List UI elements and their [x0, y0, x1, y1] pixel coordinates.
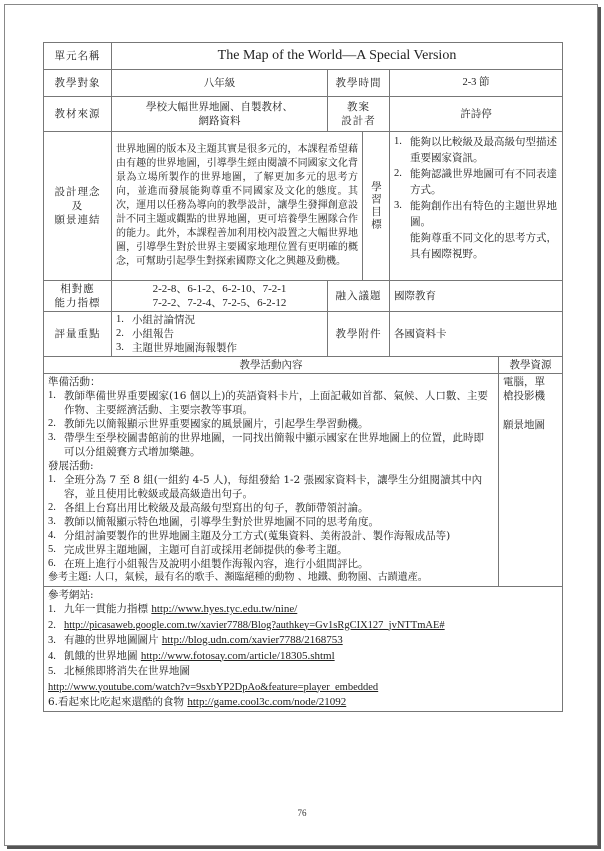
dev-text: 各組上台寫出用比較級及最高級句型寫出的句子，教師帶領討論。 — [64, 502, 369, 514]
dev-num: 6. — [48, 557, 56, 571]
prep-num: 3. — [48, 431, 56, 445]
goal-text: 能夠認識世界地圖可有不同表達方式。 — [410, 168, 557, 196]
prep-item: 2.教師先以簡報顯示世界重要國家的風景圖片，引起學生學習動機。 — [48, 417, 494, 431]
concept-label-line-2: 及 — [48, 199, 107, 213]
assessment-num: 2. — [116, 327, 124, 341]
lesson-plan-table: 單元名稱 The Map of the World—A Special Vers… — [43, 42, 563, 712]
references-list: 1.九年一貫能力指標 http://www.hyes.tyc.edu.tw/ni… — [48, 602, 558, 680]
designer-label: 教案 設計者 — [328, 97, 390, 132]
indicators-label-line-2: 能力指標 — [48, 296, 107, 310]
spacer — [503, 403, 558, 418]
row-references: 參考網站: 1.九年一貫能力指標 http://www.hyes.tyc.edu… — [44, 587, 563, 712]
issue-label: 融入議題 — [328, 281, 390, 312]
references-cell: 參考網站: 1.九年一貫能力指標 http://www.hyes.tyc.edu… — [44, 587, 563, 712]
indicators-line-2: 7-2-2、7-2-4、7-2-5、6-2-12 — [116, 296, 323, 310]
assessment-cell: 1.小組討論情況 2.小組報告 3.主題世界地圖海報製作 — [112, 312, 328, 357]
goal-text: 能夠尊重不同文化的思考方式，具有國際視野。 — [410, 232, 557, 260]
assessment-item: 1.小組討論情況 — [116, 313, 323, 327]
dev-text: 完成世界主題地圖，主題可自訂或採用老師提供的參考主題。 — [64, 544, 348, 556]
unit-label: 單元名稱 — [44, 43, 112, 70]
source-value: 學校大幅世界地圖、自製教材、 網路資料 — [112, 97, 328, 132]
dev-num: 5. — [48, 543, 56, 557]
prep-list: 1.教師準備世界重要國家(16 個以上)的英語資料卡片，上面記載如首都、氣候、人… — [48, 389, 494, 459]
concept-label: 設計理念 及 願景連結 — [44, 132, 112, 281]
goal-item: 2.能夠認識世界地圖可有不同表達方式。 — [394, 166, 558, 198]
assessment-num: 1. — [116, 313, 124, 327]
dev-item: 3.教師以簡報顯示特色地圖，引導學生對於世界地圖不同的思考角度。 — [48, 515, 494, 529]
row-assessment: 評量重點 1.小組討論情況 2.小組報告 3.主題世界地圖海報製作 教學附件 各… — [44, 312, 563, 357]
concept-label-line-1: 設計理念 — [48, 185, 107, 199]
reference-link[interactable]: http://www.youtube.com/watch?v=9sxbYP2Dp… — [48, 682, 378, 693]
resource-line-2: 槍投影機 — [503, 389, 558, 403]
source-label: 教材來源 — [44, 97, 112, 132]
dev-num: 1. — [48, 473, 56, 487]
row-target: 教學對象 八年級 教學時間 2-3 節 — [44, 70, 563, 97]
attachment-label: 教學附件 — [328, 312, 390, 357]
assessment-text: 小組報告 — [132, 328, 174, 340]
attachment-value: 各國資料卡 — [390, 312, 563, 357]
dev-text: 全班分為 7 至 8 組(一組約 4-5 人)，每組發給 1-2 張國家資料卡，… — [64, 474, 482, 500]
row-indicators: 相對應 能力指標 2-2-8、6-1-2、6-2-10、7-2-1 7-2-2、… — [44, 281, 563, 312]
designer-label-line-2: 設計者 — [332, 114, 385, 128]
assessment-label: 評量重點 — [44, 312, 112, 357]
dev-text: 教師以簡報顯示特色地圖，引導學生對於世界地圖不同的思考角度。 — [64, 516, 379, 528]
reference-num: 5. — [48, 664, 56, 680]
goals-cell: 1.能夠以比較級及最高級句型描述重要國家資訊。 2.能夠認識世界地圖可有不同表達… — [390, 132, 563, 281]
dev-num: 2. — [48, 501, 56, 515]
reference-title: 飢餓的世界地圖 — [64, 650, 138, 662]
goal-num: 2. — [394, 166, 402, 182]
reference-title: 有趣的世界地圖圖片 — [64, 634, 159, 646]
resource-line-1: 電腦，單 — [503, 375, 558, 389]
reference-num: 2. — [48, 618, 56, 634]
indicators-label: 相對應 能力指標 — [44, 281, 112, 312]
reference-topics: 參考主題: 人口，氣候，最有名的歌手、瀕臨絕種的動物 、地鐵、動物園、古蹟遺產。 — [48, 571, 494, 585]
concept-text: 世界地圖的版本及主題其實是很多元的，本課程希望藉由有趣的世界地圖，引導學生經由閱… — [112, 132, 363, 281]
assessment-list: 1.小組討論情況 2.小組報告 3.主題世界地圖海報製作 — [116, 313, 323, 355]
concept-label-line-3: 願景連結 — [48, 213, 107, 227]
source-line-1: 學校大幅世界地圖、自製教材、 — [116, 100, 323, 114]
reference-num: 4. — [48, 649, 56, 665]
source-line-2: 網路資料 — [116, 114, 323, 128]
assessment-item: 2.小組報告 — [116, 327, 323, 341]
reference-item: 1.九年一貫能力指標 http://www.hyes.tyc.edu.tw/ni… — [48, 602, 558, 618]
resources-cell: 電腦，單 槍投影機 願景地圖 — [499, 374, 563, 587]
dev-item: 1.全班分為 7 至 8 組(一組約 4-5 人)，每組發給 1-2 張國家資料… — [48, 473, 494, 501]
goals-list: 1.能夠以比較級及最高級句型描述重要國家資訊。 2.能夠認識世界地圖可有不同表達… — [394, 134, 558, 262]
activity-resources-header: 教學資源 — [499, 357, 563, 374]
activities-cell: 準備活動： 1.教師準備世界重要國家(16 個以上)的英語資料卡片，上面記載如首… — [44, 374, 499, 587]
goal-num: 1. — [394, 134, 402, 150]
assessment-item: 3.主題世界地圖海報製作 — [116, 341, 323, 355]
prep-item: 1.教師準備世界重要國家(16 個以上)的英語資料卡片，上面記載如首都、氣候、人… — [48, 389, 494, 417]
goal-item: 1.能夠以比較級及最高級句型描述重要國家資訊。 — [394, 134, 558, 166]
row-unit: 單元名稱 The Map of the World—A Special Vers… — [44, 43, 563, 70]
dev-item: 4.分組討論要製作的世界地圖主題及分工方式(蒐集資料、美術設計、製作海報成品等) — [48, 529, 494, 543]
unit-title: The Map of the World—A Special Version — [112, 43, 563, 70]
row-source: 教材來源 學校大幅世界地圖、自製教材、 網路資料 教案 設計者 許詩停 — [44, 97, 563, 132]
time-value: 2-3 節 — [390, 70, 563, 97]
reference-link[interactable]: http://game.cool3c.com/node/21092 — [187, 696, 346, 708]
reference-num: 6. — [48, 696, 58, 708]
reference-num: 1. — [48, 602, 56, 618]
indicators-label-line-1: 相對應 — [48, 282, 107, 296]
goal-num: 3. — [394, 198, 402, 214]
target-label: 教學對象 — [44, 70, 112, 97]
row-concept: 設計理念 及 願景連結 世界地圖的版本及主題其實是很多元的，本課程希望藉由有趣的… — [44, 132, 563, 281]
references-heading: 參考網站: — [48, 588, 558, 602]
reference-item: 5.北極熊即將消失在世界地圖 — [48, 664, 558, 680]
reference-title: 九年一貫能力指標 — [64, 603, 148, 615]
row-activities: 準備活動： 1.教師準備世界重要國家(16 個以上)的英語資料卡片，上面記載如首… — [44, 374, 563, 587]
goal-text: 能夠創作出有特色的主題世界地圖。 — [410, 200, 557, 228]
reference-item-5-url-line: http://www.youtube.com/watch?v=9sxbYP2Dp… — [48, 680, 558, 695]
reference-title: 看起來比吃起來還酷的食物 — [58, 696, 184, 708]
prep-heading: 準備活動： — [48, 375, 494, 389]
designer-label-line-1: 教案 — [332, 100, 385, 114]
time-label: 教學時間 — [328, 70, 390, 97]
assessment-text: 小組討論情況 — [132, 314, 195, 326]
activity-content-header: 教學活動內容 — [44, 357, 499, 374]
reference-link[interactable]: http://www.fotosay.com/article/18305.sht… — [141, 650, 335, 662]
prep-text: 教師先以簡報顯示世界重要國家的風景圖片，引起學生學習動機。 — [64, 418, 369, 430]
dev-item: 2.各組上台寫出用比較級及最高級句型寫出的句子，教師帶領討論。 — [48, 501, 494, 515]
resource-line-3: 願景地圖 — [503, 418, 558, 432]
goal-item: 3.能夠創作出有特色的主題世界地圖。 — [394, 198, 558, 230]
dev-text: 分組討論要製作的世界地圖主題及分工方式(蒐集資料、美術設計、製作海報成品等) — [64, 530, 450, 542]
indicators-line-1: 2-2-8、6-1-2、6-2-10、7-2-1 — [116, 282, 323, 296]
row-activity-header: 教學活動內容 教學資源 — [44, 357, 563, 374]
reference-num: 3. — [48, 633, 56, 649]
prep-num: 2. — [48, 417, 56, 431]
indicators-value: 2-2-8、6-1-2、6-2-10、7-2-1 7-2-2、7-2-4、7-2… — [112, 281, 328, 312]
reference-item: 4.飢餓的世界地圖 http://www.fotosay.com/article… — [48, 649, 558, 665]
dev-item: 5.完成世界主題地圖，主題可自訂或採用老師提供的參考主題。 — [48, 543, 494, 557]
goal-text: 能夠以比較級及最高級句型描述重要國家資訊。 — [410, 136, 557, 164]
reference-item: 2.http://picasaweb.google.com.tw/xavier7… — [48, 618, 558, 634]
issue-value: 國際教育 — [390, 281, 563, 312]
dev-num: 4. — [48, 529, 56, 543]
reference-link[interactable]: http://www.hyes.tyc.edu.tw/nine/ — [151, 603, 297, 615]
prep-num: 1. — [48, 389, 56, 403]
dev-text: 在班上進行小組報告及說明小組製作海報內容，進行小組間評比。 — [64, 558, 369, 570]
prep-item: 3.帶學生至學校圖書館前的世界地圖，一同找出簡報中顯示國家在世界地圖上的位置，此… — [48, 431, 494, 459]
reference-item-6: 6.看起來比吃起來還酷的食物 http://game.cool3c.com/no… — [48, 695, 558, 711]
dev-heading: 發展活動: — [48, 459, 494, 473]
dev-list: 1.全班分為 7 至 8 組(一組約 4-5 人)，每組發給 1-2 張國家資料… — [48, 473, 494, 571]
reference-item: 3.有趣的世界地圖圖片 http://blog.udn.com/xavier77… — [48, 633, 558, 649]
reference-title: 北極熊即將消失在世界地圖 — [64, 665, 190, 677]
target-value: 八年級 — [112, 70, 328, 97]
page-number: 76 — [0, 808, 604, 818]
dev-item: 6.在班上進行小組報告及說明小組製作海報內容，進行小組間評比。 — [48, 557, 494, 571]
assessment-text: 主題世界地圖海報製作 — [132, 342, 237, 354]
goals-label-text: 學習目標 — [369, 181, 383, 231]
prep-text: 教師準備世界重要國家(16 個以上)的英語資料卡片，上面記載如首都、氣候、人口數… — [64, 390, 488, 416]
goal-item: 能夠尊重不同文化的思考方式，具有國際視野。 — [394, 230, 558, 262]
dev-num: 3. — [48, 515, 56, 529]
goals-label: 學習目標 — [363, 132, 390, 281]
reference-link[interactable]: http://blog.udn.com/xavier7788/2168753 — [162, 634, 343, 646]
reference-link[interactable]: http://picasaweb.google.com.tw/xavier778… — [64, 620, 445, 631]
prep-text: 帶學生至學校圖書館前的世界地圖，一同找出簡報中顯示國家在世界地圖上的位置，此時即… — [64, 432, 484, 458]
designer-value: 許詩停 — [390, 97, 563, 132]
assessment-num: 3. — [116, 341, 124, 355]
